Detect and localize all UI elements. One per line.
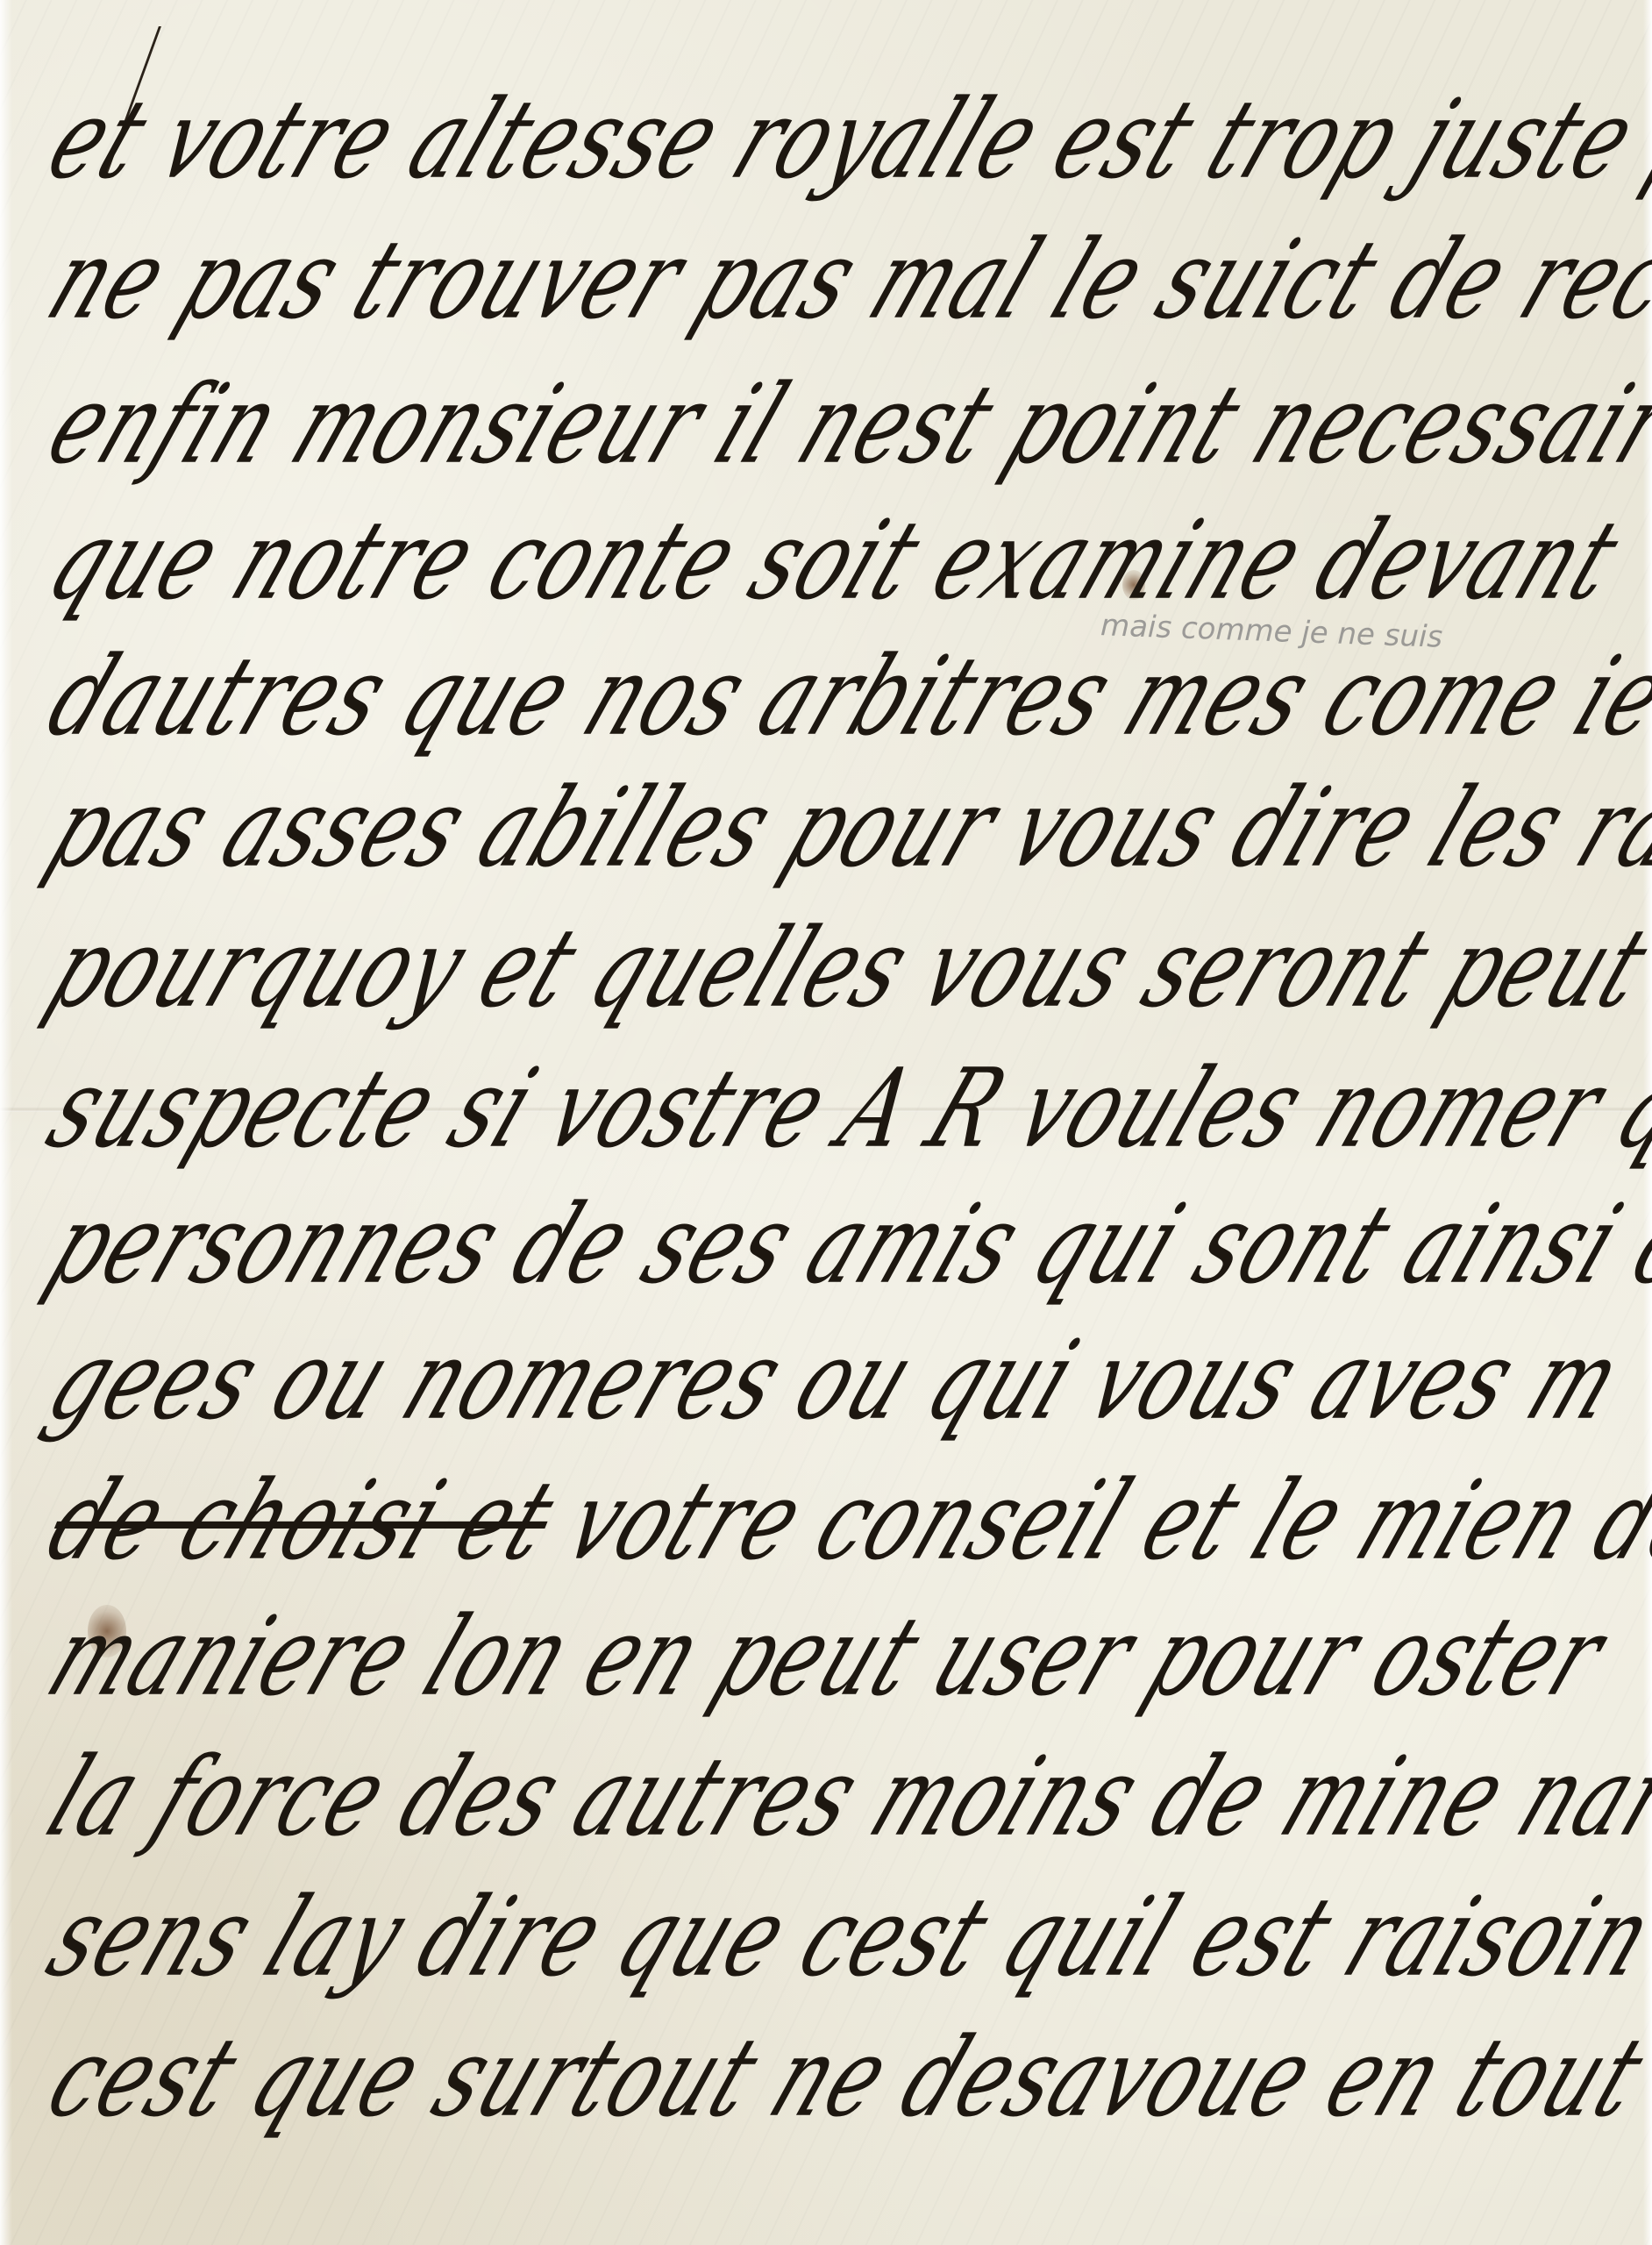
text-line-2: ne pas trouver pas mal le suict de recus… bbox=[35, 226, 1652, 335]
text-line-7: pourquoy et quelles vous seront peut est… bbox=[35, 915, 1652, 1023]
text-line-3: enfin monsieur il nest point necessaire bbox=[35, 371, 1652, 480]
text-line-9: personnes de ses amis qui sont ainsi obl… bbox=[35, 1191, 1652, 1300]
handwritten-text-block: et votre altesse royalle est trop juste … bbox=[0, 0, 1652, 2245]
text-line-8: suspecte si vostre A R voules nomer quel… bbox=[35, 1055, 1652, 1164]
text-line-10: gees ou nomeres ou qui vous aves m bbox=[35, 1327, 1652, 1436]
text-line-11-content: votre conseil et le mien de quelle bbox=[523, 1457, 1652, 1584]
text-line-15: cest que surtout ne desavoue en tout on bbox=[35, 2024, 1652, 2133]
text-line-13: la force des autres moins de mine nardea… bbox=[35, 1743, 1652, 1852]
text-line-6: pas asses abilles pour vous dire les rai… bbox=[35, 774, 1652, 883]
text-line-12: maniere lon en peut user pour oster bbox=[35, 1603, 1652, 1712]
text-line-11: de choisi et votre conseil et le mien de… bbox=[35, 1467, 1652, 1576]
text-line-4: que notre conte soit examine devant bbox=[35, 507, 1652, 616]
struck-through-text: de choisi et bbox=[32, 1457, 573, 1584]
text-line-1: et votre altesse royalle est trop juste … bbox=[35, 86, 1652, 195]
letter-page: et votre altesse royalle est trop juste … bbox=[0, 0, 1652, 2245]
text-line-14: sens lay dire que cest quil est raisoin bbox=[35, 1884, 1652, 1992]
text-line-5: dautres que nos arbitres mes come ie ne … bbox=[35, 643, 1652, 752]
